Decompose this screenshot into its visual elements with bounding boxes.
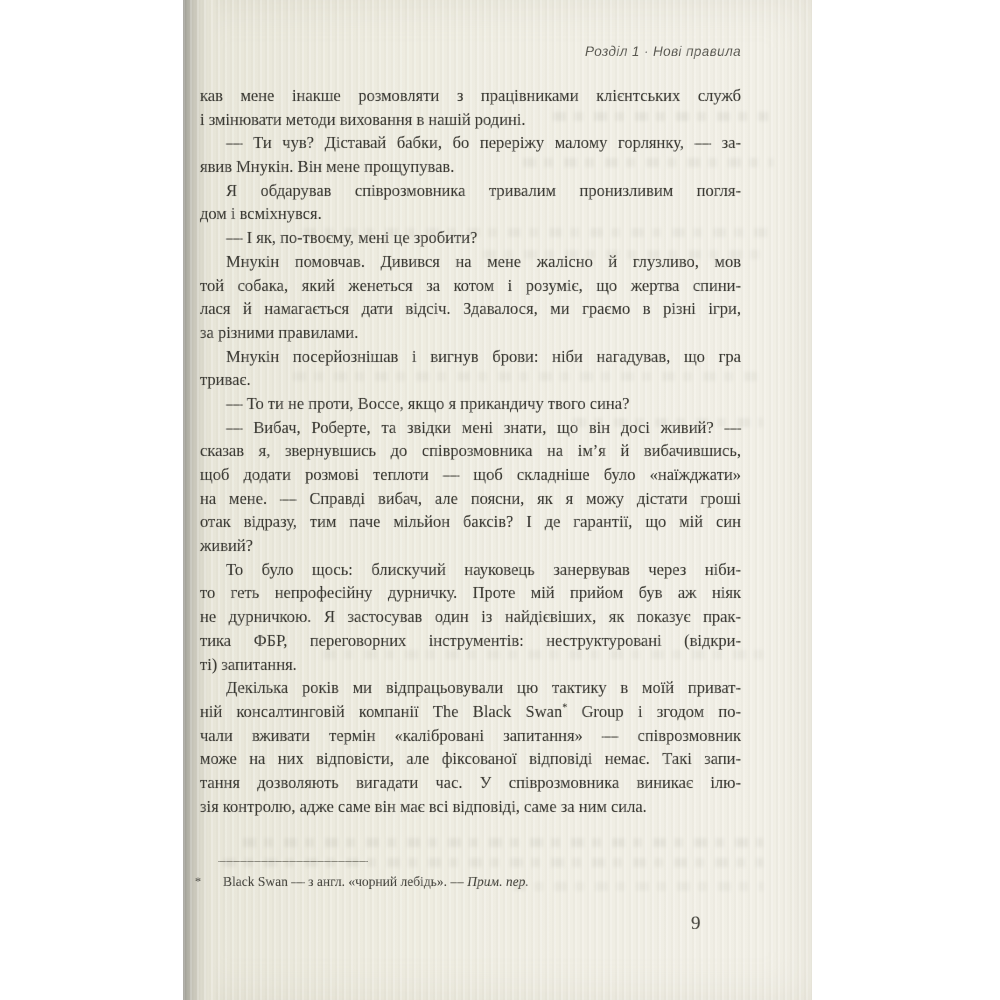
text-line: тика ФБР, переговорних інструментів: нес…	[200, 629, 741, 653]
text-line: Мнукін посерйознішав і вигнув брови: ніб…	[200, 345, 741, 369]
text-line: триває.	[200, 368, 741, 392]
footnote-ref-asterisk: *	[562, 702, 567, 713]
text-line: — Ти чув? Діставай бабки, бо переріжу ма…	[200, 131, 741, 155]
footnote: *Black Swan — з англ. «чорний лебідь». —…	[195, 874, 741, 890]
text-line: дом і всміхнувся.	[200, 202, 741, 226]
text-line: — То ти не проти, Воссе, якщо я приканди…	[200, 392, 741, 416]
bleed-through-ghost	[243, 838, 763, 847]
text-line: і змінювати методи виховання в нашій род…	[200, 108, 741, 132]
text-line: щоб додати розмові теплоти — щоб складні…	[200, 463, 741, 487]
running-header: Розділ 1 · Нові правила	[211, 44, 741, 59]
page-number: 9	[691, 913, 701, 935]
footnote-separator-rule	[218, 861, 368, 862]
text-line: сказав я, звернувшись до співрозмовника …	[200, 439, 741, 463]
text-line: — І як, по-твоєму, мені це зробити?	[200, 226, 741, 250]
footnote-text: Black Swan — з англ. «чорний лебідь». —	[223, 874, 467, 889]
text-line: ній консалтинговій компанії The Black Sw…	[200, 700, 741, 724]
footnote-source-note: Прим. пер.	[467, 874, 528, 889]
text-line: Декілька років ми відпрацьовували цю так…	[200, 676, 741, 700]
text-line: Я обдарував співрозмовника тривалим прон…	[200, 179, 741, 203]
text-line: тання дозволяють вигадати час. У співроз…	[200, 771, 741, 795]
text-line: може на них відповісти, але фіксованої в…	[200, 747, 741, 771]
text-line: — Вибач, Роберте, та звідки мені знати, …	[200, 416, 741, 440]
text-line: кав мене інакше розмовляти з працівникам…	[200, 84, 741, 108]
text-line: то геть непрофесійну дурничку. Проте мій…	[200, 581, 741, 605]
text-line: за різними правилами.	[200, 321, 741, 345]
text-line: То було щось: блискучий науковець занерв…	[200, 558, 741, 582]
text-line: ті) запитання.	[200, 653, 741, 677]
book-page: Розділ 1 · Нові правила кав мене інакше …	[183, 0, 812, 1000]
text-line: не дурничкою. Я застосував один із найді…	[200, 605, 741, 629]
text-line: отак відразу, тим паче мільйон баксів? І…	[200, 510, 741, 534]
text-line: Мнукін помовчав. Дивився на мене жалісно…	[200, 250, 741, 274]
text-line: на мене. — Справді вибач, але поясни, як…	[200, 487, 741, 511]
text-line: чали вживати термін «калібровані запитан…	[200, 724, 741, 748]
text-line: зія контролю, адже саме він має всі відп…	[200, 795, 741, 819]
text-line: той собака, який женеться за котом і роз…	[200, 274, 741, 298]
bleed-through-ghost	[223, 858, 763, 867]
text-line: живий?	[200, 534, 741, 558]
body-text: кав мене інакше розмовляти з працівникам…	[200, 84, 741, 818]
text-line: явив Мнукін. Він мене прощупував.	[200, 155, 741, 179]
footnote-marker: *	[195, 874, 223, 889]
text-line: лася й намагається дати відсіч. Здавалос…	[200, 297, 741, 321]
